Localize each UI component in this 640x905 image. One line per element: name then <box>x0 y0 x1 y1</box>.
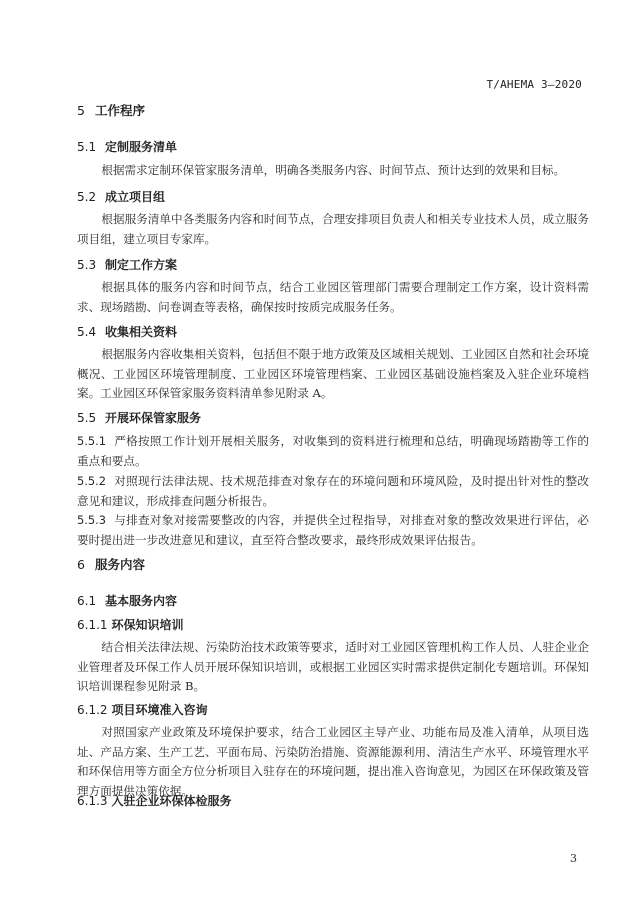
paragraph-5-4: 根据服务内容收集相关资料，包括但不限于地方政策及区域相关规划、工业园区自然和社会… <box>77 345 589 404</box>
clause-5-5-1: 5.5.1严格按照工作计划开展相关服务，对收集到的资料进行梳理和总结，明确现场踏… <box>77 432 589 471</box>
clause-text: 对照现行法律法规、技术规范排查对象存在的环境问题和环境风险，及时提出针对性的整改… <box>77 474 589 508</box>
section-number: 6.1.3 <box>77 794 108 808</box>
section-number: 6.1.1 <box>77 618 108 632</box>
section-number: 6 <box>77 557 95 572</box>
clause-text: 与排查对象对接需要整改的内容，并提供全过程指导，对排查对象的整改效果进行评估，必… <box>77 513 589 547</box>
paragraph-5-2: 根据服务清单中各类服务内容和时间节点，合理安排项目负责人和相关专业技术人员，成立… <box>77 210 589 249</box>
section-number: 5.1 <box>77 140 105 154</box>
section-number: 5.4 <box>77 325 105 339</box>
page-number: 3 <box>570 852 577 865</box>
section-title: 环保知识培训 <box>112 618 184 632</box>
section-heading-5-3: 5.3制定工作方案 <box>77 256 177 273</box>
section-heading-5-1: 5.1定制服务清单 <box>77 138 177 155</box>
section-number: 5.3 <box>77 258 105 272</box>
clause-5-5-3: 5.5.3与排查对象对接需要整改的内容，并提供全过程指导，对排查对象的整改效果进… <box>77 511 589 550</box>
section-heading-6-1: 6.1基本服务内容 <box>77 592 177 609</box>
section-title: 成立项目组 <box>105 190 165 204</box>
clause-5-5-2: 5.5.2对照现行法律法规、技术规范排查对象存在的环境问题和环境风险，及时提出针… <box>77 472 589 511</box>
section-title: 服务内容 <box>95 557 145 572</box>
paragraph-5-1: 根据需求定制环保管家服务清单，明确各类服务内容、时间节点、预计达到的效果和目标。 <box>77 161 589 181</box>
section-title: 基本服务内容 <box>105 594 177 608</box>
clause-text: 严格按照工作计划开展相关服务，对收集到的资料进行梳理和总结，明确现场踏勘等工作的… <box>77 434 589 468</box>
section-number: 5.5 <box>77 411 105 425</box>
clause-number: 5.5.1 <box>77 434 106 448</box>
section-number: 6.1 <box>77 594 105 608</box>
section-title: 开展环保管家服务 <box>105 411 201 425</box>
section-number: 5.2 <box>77 190 105 204</box>
paragraph-5-3: 根据具体的服务内容和时间节点，结合工业园区管理部门需要合理制定工作方案，设计资料… <box>77 278 589 317</box>
section-title: 收集相关资料 <box>105 325 177 339</box>
section-title: 项目环境准入咨询 <box>112 703 208 717</box>
section-number: 6.1.2 <box>77 703 108 717</box>
section-heading-6: 6服务内容 <box>77 555 145 573</box>
clause-number: 5.5.2 <box>77 474 106 488</box>
section-heading-5-4: 5.4收集相关资料 <box>77 323 177 340</box>
section-heading-6-1-3: 6.1.3入驻企业环保体检服务 <box>77 792 232 809</box>
section-heading-5: 5工作程序 <box>77 101 145 119</box>
clause-number: 5.5.3 <box>77 513 106 527</box>
section-title: 制定工作方案 <box>105 258 177 272</box>
section-heading-5-5: 5.5开展环保管家服务 <box>77 409 201 426</box>
section-title: 定制服务清单 <box>105 140 177 154</box>
section-title: 工作程序 <box>95 103 145 118</box>
section-heading-5-2: 5.2成立项目组 <box>77 188 165 205</box>
document-code: T/AHEMA 3—2020 <box>486 78 582 91</box>
section-title: 入驻企业环保体检服务 <box>112 794 232 808</box>
paragraph-6-1-2: 对照国家产业政策及环境保护要求，结合工业园区主导产业、功能布局及准入清单，从项目… <box>77 723 589 801</box>
section-heading-6-1-1: 6.1.1环保知识培训 <box>77 616 184 633</box>
section-number: 5 <box>77 103 95 118</box>
paragraph-6-1-1: 结合相关法律法规、污染防治技术政策等要求，适时对工业园区管理机构工作人员、人驻企… <box>77 638 589 697</box>
section-heading-6-1-2: 6.1.2项目环境准入咨询 <box>77 701 208 718</box>
